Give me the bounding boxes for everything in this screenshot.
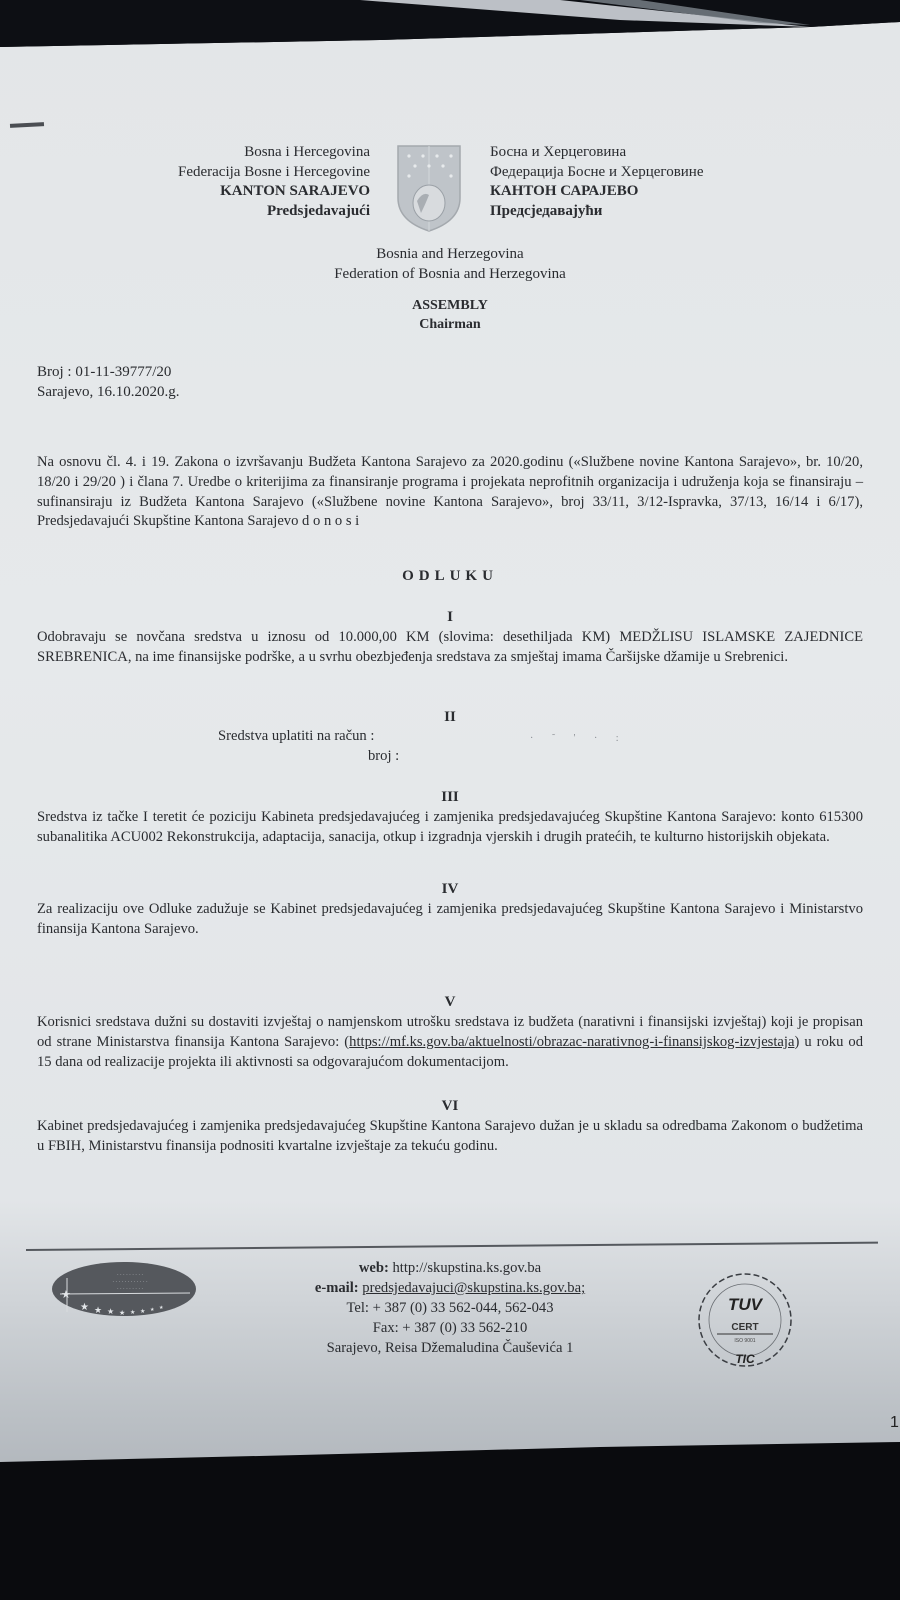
account-label: Sredstva uplatiti na račun : (218, 728, 374, 745)
header-line: Federation of Bosnia and Herzegovina (0, 265, 900, 285)
tuv-certification-stamp-icon: TUV CERT ISO 9001 TIC (695, 1270, 795, 1370)
reference-block: Broj : 01-11-39777/20 Sarajevo, 16.10.20… (37, 362, 179, 402)
section-number: III (0, 789, 900, 806)
section-text: Kabinet predsjedavajućeg i zamjenika pre… (37, 1117, 863, 1157)
section-text: Sredstva iz tačke I teretit će poziciju … (37, 808, 863, 848)
chairman-label: Chairman (0, 315, 900, 334)
section-number: IV (0, 881, 900, 898)
header-line: Predsjedavajući (178, 202, 370, 222)
page-number: 1 (890, 1414, 899, 1432)
section-text: Za realizaciju ove Odluke zadužuje se Ka… (37, 900, 863, 940)
intro-paragraph: Na osnovu čl. 4. i 19. Zakona o izvršava… (37, 453, 863, 532)
section-text: Korisnici sredstava dužni su dostaviti i… (37, 1013, 863, 1072)
coat-of-arms-icon (395, 143, 463, 233)
header-line: Федерација Босне и Херцеговине (490, 163, 704, 183)
header-line: Bosna i Hercegovina (178, 143, 370, 163)
section-number: I (0, 609, 900, 626)
svg-text:TIC: TIC (735, 1352, 755, 1366)
header-line: Bosnia and Herzegovina (0, 245, 900, 265)
svg-text:TUV: TUV (728, 1295, 764, 1314)
svg-text:CERT: CERT (731, 1322, 758, 1333)
place-date: Sarajevo, 16.10.2020.g. (37, 382, 179, 402)
header-left-latin: Bosna i Hercegovina Federacija Bosne i H… (178, 143, 370, 221)
web-link[interactable]: http://skupstina.ks.gov.ba (393, 1260, 542, 1276)
header-line: Предсједавајући (490, 202, 704, 222)
header-line: KANTON SARAJEVO (178, 182, 370, 202)
photo-background-top (0, 0, 900, 60)
web-label: web: (359, 1260, 389, 1276)
header-english: Bosnia and Herzegovina Federation of Bos… (0, 245, 900, 284)
account-number-label: broj : (368, 748, 399, 765)
header-line: КАНТОН САРАЈЕВО (490, 182, 704, 202)
email-label: e-mail: (315, 1280, 359, 1296)
assembly-label: ASSEMBLY (0, 296, 900, 315)
email-link[interactable]: predsjedavajuci@skupstina.ks.gov.ba; (362, 1280, 585, 1296)
svg-text:ISO 9001: ISO 9001 (734, 1338, 755, 1344)
reference-number: Broj : 01-11-39777/20 (37, 362, 179, 382)
header-line: Federacija Bosne i Hercegovine (178, 163, 370, 183)
document-title: ODLUKU (0, 568, 900, 585)
section-number: II (0, 709, 900, 726)
header-right-cyrillic: Босна и Херцеговина Федерација Босне и Х… (490, 143, 704, 221)
section-text: Odobravaju se novčana sredstva u iznosu … (37, 628, 863, 668)
report-form-link[interactable]: https://mf.ks.gov.ba/aktuelnosti/obrazac… (349, 1034, 794, 1050)
header-assembly: ASSEMBLY Chairman (0, 296, 900, 334)
header-line: Босна и Херцеговина (490, 143, 704, 163)
redacted-account: · ˜ ' · : (530, 733, 627, 744)
section-number: V (0, 994, 900, 1011)
section-number: VI (0, 1098, 900, 1115)
